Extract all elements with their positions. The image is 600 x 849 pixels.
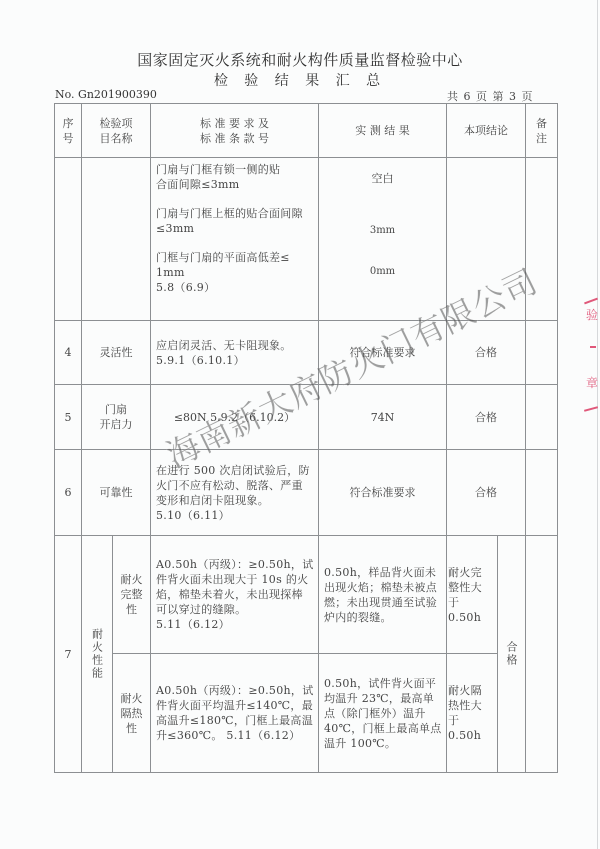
paper-edge [597,0,598,849]
header-divider [54,157,558,158]
res-line: 0.50h，样品背火面未 [324,565,437,580]
row6-item: 可靠性 [82,450,150,535]
res-line: 40℃，门框上最高单点 [324,721,442,736]
std-line: 可以穿过的缝隙。 [156,602,314,617]
name-line: 耐火 [121,572,143,587]
name-line: 隔热 [121,706,143,721]
res-line: 炉内的裂缝。 [324,610,437,625]
row6-conclusion: 合格 [447,450,525,535]
row6-seq: 6 [55,450,81,535]
res-line: 燃；未出现贯通至试验 [324,595,437,610]
std-line: 5.9.1（6.10.1） [156,353,292,368]
header-remark: 备 注 [526,104,557,157]
row3-result-3: 0mm [319,263,446,279]
row7-sub1-name: 耐火 完整 性 [113,536,150,653]
item-line: 门扇 [105,402,127,417]
row7-sub1-conclusion: 耐火完 整性大 于 0.50h [447,536,497,653]
name-line: 性 [126,602,137,617]
row6-result: 符合标准要求 [319,450,446,535]
header-item-line1: 检验项 [100,116,133,131]
header-standard-line1: 标 准 要 求 及 [200,116,269,131]
std-line: A0.50h（丙级）：≥0.50h，试 [156,683,314,698]
row7-sub2-standard: A0.50h（丙级）：≥0.50h，试 件背火面平均温升≤140℃，最 高温升≤… [151,654,318,772]
row7-overall-conclusion: 合格 [498,536,525,772]
header-conclusion: 本项结论 [447,104,525,157]
req-line: 门扇与门框上框的贴合面间隙 [156,206,303,221]
page-info: 共 6 页 第 3 页 [447,88,532,104]
header-item-line2: 目名称 [100,131,133,146]
res-line: 0.50h，试件背火面平 [324,676,442,691]
res-line: 温升 100℃。 [324,736,442,751]
std-line: 焰，棉垫未着火，未出现探棒 [156,587,314,602]
std-line: 火门不应有松动、脱落、严重 [156,478,310,493]
row3-result-1: 空白 [319,170,446,186]
std-line: 5.10（6.11） [156,508,310,523]
name-line: 性 [126,721,137,736]
row5-item: 门扇 开启力 [82,385,150,449]
req-line: 门扇与门框有锁一侧的贴 [156,162,280,177]
std-line: A0.50h（丙级）：≥0.50h，试 [156,557,314,572]
row3-result-2: 3mm [319,222,446,238]
col-line [557,103,558,773]
req-clause: 5.8（6.9） [156,280,215,295]
std-line: 变形和启闭卡阻现象。 [156,493,310,508]
stamp-char: 验 [586,306,598,323]
row7-item-text: 耐火性能 [90,628,105,680]
overall-conclusion-text: 合格 [504,641,519,667]
table-border-bottom [54,772,558,773]
std-line: 件背火面未出现大于 10s 的火 [156,572,314,587]
document-subtitle: 检 验 结 果 汇 总 [0,70,600,90]
res-line: 均温升 23℃，最高单 [324,691,442,706]
item-line: 开启力 [100,417,133,432]
header-seq-line1: 序 [63,116,74,131]
header-standard-line2: 标 准 条 款 号 [200,131,269,146]
organization-title: 国家固定灭火系统和耐火构件质量监督检验中心 [0,49,600,70]
row3-requirements: 门扇与门框有锁一侧的贴 合面间隙≤3mm 门扇与门框上框的贴合面间隙 ≤3mm … [151,162,318,317]
con-line: 耐火完 [448,565,494,580]
header-seq: 序 号 [55,104,81,157]
con-line: 热性大 [448,698,494,713]
req-line: 门框与门扇的平面高低差≤ [156,250,290,265]
header-item: 检验项 目名称 [82,104,150,157]
req-line: 合面间隙≤3mm [156,177,239,192]
stamp-stroke [590,346,596,348]
row7-sub2-conclusion: 耐火隔 热性大 于 0.50h [447,654,497,772]
std-line: 应启闭灵活、无卡阻现象。 [156,338,292,353]
req-line: ≤3mm [156,221,194,236]
header-standard: 标 准 要 求 及 标 准 条 款 号 [151,104,318,157]
req-line: 1mm [156,265,185,280]
row7-sub1-result: 0.50h，样品背火面未 出现火焰；棉垫未被点 燃；未出现贯通至试验 炉内的裂缝… [319,536,446,653]
header-remark-line2: 注 [536,131,547,146]
res-line: 点（除门框外）温升 [324,706,442,721]
row7-sub2-result: 0.50h，试件背火面平 均温升 23℃，最高单 点（除门框外）温升 40℃，门… [319,654,446,772]
name-line: 耐火 [121,691,143,706]
name-line: 完整 [121,587,143,602]
col-line [525,103,526,773]
stamp-stroke [584,298,598,305]
row5-conclusion: 合格 [447,385,525,449]
row4-seq: 4 [55,321,81,384]
header-result: 实 测 结 果 [319,104,446,157]
std-line: 5.11（6.12） [156,617,314,632]
stamp-char: 章 [586,374,598,391]
std-line: 高温升≤180℃，门框上最高温 [156,713,314,728]
row7-sub2-name: 耐火 隔热 性 [113,654,150,772]
header-seq-line2: 号 [63,131,74,146]
row7-seq: 7 [55,536,81,772]
std-line: 件背火面平均温升≤140℃，最 [156,698,314,713]
con-line: 整性大 [448,580,494,595]
std-line: 升≤360℃。 5.11（6.12） [156,728,314,743]
stamp-stroke [584,406,598,412]
header-remark-line1: 备 [536,116,547,131]
con-line: 耐火隔 [448,683,494,698]
res-line: 出现火焰；棉垫未被点 [324,580,437,595]
con-line: 于 0.50h [448,713,494,743]
row4-item: 灵活性 [82,321,150,384]
row7-item: 耐火性能 [82,536,112,772]
row7-sub1-standard: A0.50h（丙级）：≥0.50h，试 件背火面未出现大于 10s 的火 焰，棉… [151,536,318,653]
report-number: No. Gn201900390 [55,88,157,101]
row5-seq: 5 [55,385,81,449]
con-line: 于 0.50h [448,595,494,625]
